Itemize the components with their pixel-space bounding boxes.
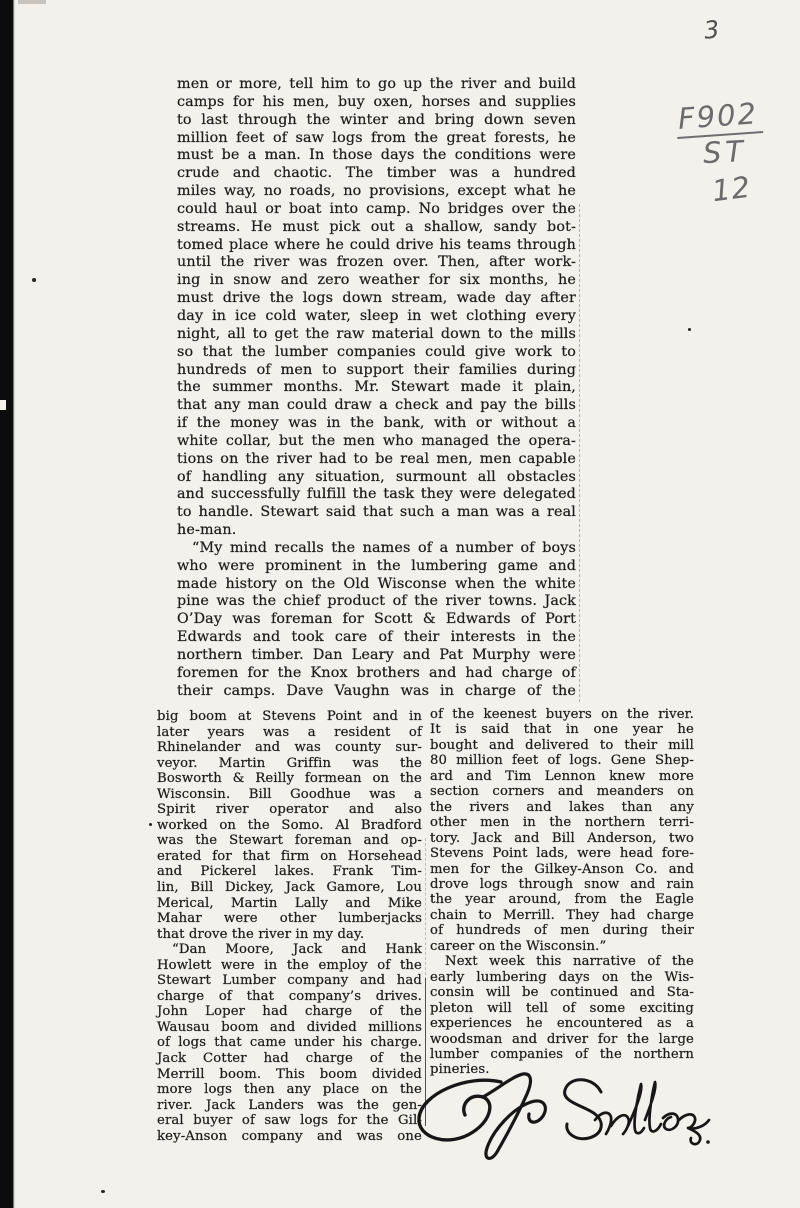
text-line: and successfully fulfill the task they w… [177,486,576,504]
text-line: woodsman and driver for the large [430,1032,694,1047]
text-line: “Dan Moore, Jack and Hank [157,942,422,958]
text-line: the rivers and lakes than any [430,800,694,815]
text-line: lumber companies of the northern [430,1047,694,1062]
text-line: of logs that came under his charge. [157,1035,422,1051]
text-line: streams. He must pick out a shallow, san… [177,219,576,237]
article-right-column: of the keenest buyers on the river.It is… [430,707,694,1078]
text-line: early lumbering days on the Wis- [430,970,694,985]
text-line: Stewart Lumber company and had [157,973,422,989]
text-line: worked on the Somo. Al Bradford [157,818,422,834]
text-line: made history on the Old Wisconse when th… [177,576,576,594]
text-line: big boom at Stevens Point and in [157,709,422,725]
text-line: must be a man. In those days the conditi… [177,147,576,165]
text-line: who were prominent in the lumbering game… [177,558,576,576]
text-line: Spirit river operator and also [157,802,422,818]
text-line: 80 million feet of logs. Gene Shep- [430,753,694,768]
handwritten-archival-code: F902 [675,96,763,139]
text-line: to handle. Stewart said that such a man … [177,504,576,522]
text-line: other men in the northern terri- [430,815,694,830]
handwritten-signature [405,1068,715,1163]
text-line: experiences he encountered as a [430,1016,694,1031]
text-line: more logs then any place on the [157,1082,422,1098]
text-line: Mahar were other lumberjacks [157,911,422,927]
text-line: Bosworth & Reilly formean on the [157,771,422,787]
text-line: men or more, tell him to go up the river… [177,76,576,94]
text-line: later years was a resident of [157,725,422,741]
text-line: crude and chaotic. The timber was a hund… [177,165,576,183]
text-line: John Loper had charge of the [157,1004,422,1020]
text-line: Next week this narrative of the [430,954,694,969]
article-top-block: men or more, tell him to go up the river… [177,76,576,701]
text-line: and Pickerel lakes. Frank Tim- [157,864,422,880]
text-line: miles way, no roads, no provisions, exce… [177,183,576,201]
text-line: men for the Gilkey-Anson Co. and [430,862,694,877]
column-divider-rule-faint [425,838,426,980]
text-line: key-Anson company and was one [157,1129,422,1145]
text-line: to last through the winter and bring dow… [177,112,576,130]
text-line: night, all to get the raw material down … [177,326,576,344]
text-line: chain to Merrill. They had charge [430,908,694,923]
text-line: tions on the river had to be real men, m… [177,451,576,469]
ink-speck [101,1190,105,1193]
scanned-document-page: { "page": { "page_number": "3", "archiva… [0,0,800,1208]
text-line: the year around, from the Eagle [430,892,694,907]
text-line: of handling any situation, surmount all … [177,469,576,487]
text-line: he-man. [177,522,576,540]
text-line: eral buyer of saw logs for the Gil- [157,1113,422,1129]
scan-top-mark [18,0,46,4]
text-line: million feet of saw logs from the great … [177,130,576,148]
handwritten-archival-number: 12 [710,170,753,208]
text-line: hundreds of men to support their familie… [177,362,576,380]
text-line: ard and Tim Lennon knew more [430,769,694,784]
text-line: Rhinelander and was county sur- [157,740,422,756]
text-line: career on the Wisconsin.” [430,939,694,954]
text-line: river. Jack Landers was the gen- [157,1098,422,1114]
text-line: that drove the river in my day. [157,927,422,943]
text-line: white collar, but the men who managed th… [177,433,576,451]
text-line: pine was the chief product of the river … [177,593,576,611]
text-line: Stevens Point lads, were head fore- [430,846,694,861]
handwritten-archival-series: ST [702,134,748,170]
handwritten-page-number: 3 [703,15,721,44]
scan-edge-artifact [0,0,13,1208]
text-line: section corners and meanders on [430,784,694,799]
text-line: Wausau boom and divided millions [157,1020,422,1036]
text-line: lin, Bill Dickey, Jack Gamore, Lou [157,880,422,896]
text-line: “My mind recalls the names of a number o… [177,540,576,558]
text-line: camps for his men, buy oxen, horses and … [177,94,576,112]
column-edge-rule [579,204,580,702]
text-line: consin will be continued and Sta- [430,985,694,1000]
text-line: was the Stewart foreman and op- [157,833,422,849]
text-line: Merrill boom. This boom divided [157,1067,422,1083]
text-line: day in ice cold water, sleep in wet clot… [177,308,576,326]
ink-speck [149,823,152,826]
scan-edge-notch [0,400,6,410]
text-line: veyor. Martin Griffin was the [157,756,422,772]
text-line: their camps. Dave Vaughn was in charge o… [177,683,576,701]
text-line: if the money was in the bank, with or wi… [177,415,576,433]
text-line: erated for that firm on Horsehead [157,849,422,865]
text-line: O’Day was foreman for Scott & Edwards of… [177,611,576,629]
text-line: so that the lumber companies could give … [177,344,576,362]
text-line: could haul or boat into camp. No bridges… [177,201,576,219]
text-line: Jack Cotter had charge of the [157,1051,422,1067]
text-line: foremen for the Knox brothers and had ch… [177,665,576,683]
ink-speck [32,278,36,282]
text-line: of the keenest buyers on the river. [430,707,694,722]
text-line: It is said that in one year he [430,722,694,737]
text-line: charge of that company’s drives. [157,989,422,1005]
ink-speck [688,328,691,331]
text-line: of hundreds of men during their [430,923,694,938]
text-line: bought and delivered to their mill [430,738,694,753]
article-left-column: big boom at Stevens Point and inlater ye… [157,709,422,1144]
text-line: that any man could draw a check and pay … [177,397,576,415]
text-line: tory. Jack and Bill Anderson, two [430,831,694,846]
text-line: Howlett were in the employ of the [157,958,422,974]
text-line: northern timber. Dan Leary and Pat Murph… [177,647,576,665]
text-line: Edwards and took care of their interests… [177,629,576,647]
text-line: ing in snow and zero weather for six mon… [177,272,576,290]
text-line: Wisconsin. Bill Goodhue was a [157,787,422,803]
text-line: the summer months. Mr. Stewart made it p… [177,379,576,397]
text-line: pleton will tell of some exciting [430,1001,694,1016]
text-line: until the river was frozen over. Then, a… [177,254,576,272]
text-line: must drive the logs down stream, wade da… [177,290,576,308]
text-line: Merical, Martin Lally and Mike [157,896,422,912]
text-line: tomed place where he could drive his tea… [177,237,576,255]
text-line: drove logs through snow and rain [430,877,694,892]
